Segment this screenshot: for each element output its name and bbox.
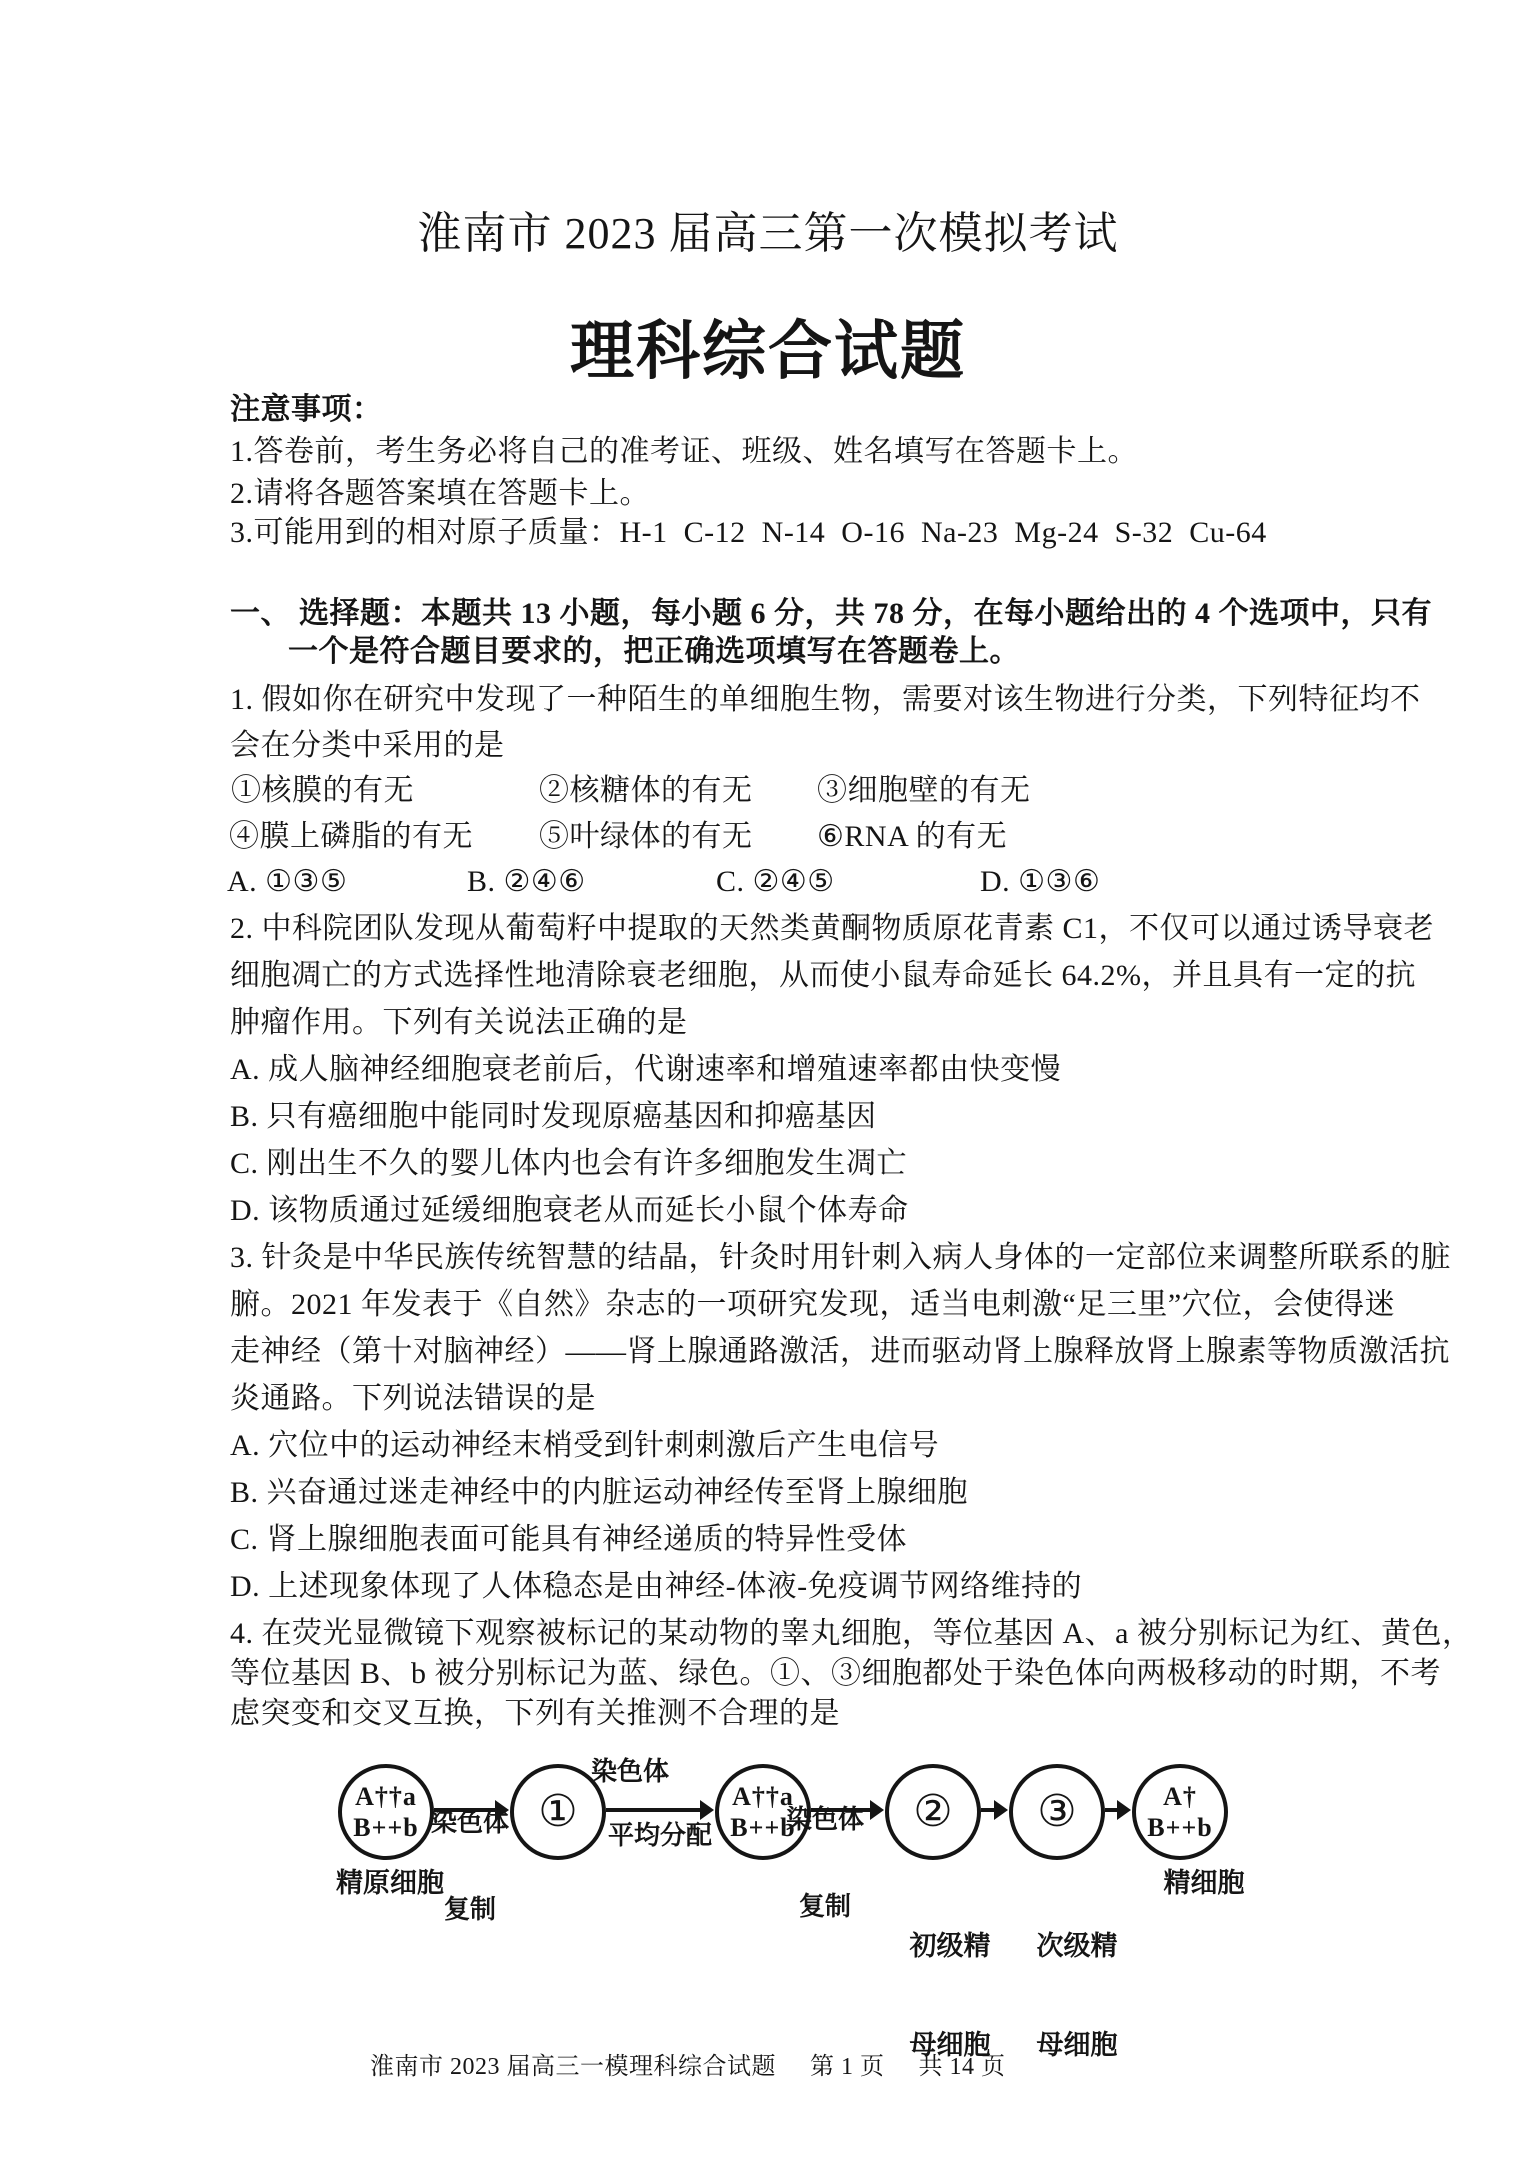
q1-choice-a: A. ①③⑤ [227,863,347,900]
notice-item-2: 2.请将各题答案填在答题卡上。 [230,475,650,512]
section-heading-line-2: 一个是符合题目要求的，把正确选项填写在答题卷上。 [288,633,1020,670]
q3-line-1: 3. 针灸是中华民族传统智慧的结晶，针灸时用针刺入病人身体的一定部位来调整所联系… [230,1239,1451,1276]
diagram-cell-spermatid: A† B++b [1132,1764,1228,1860]
circled-number-1: ① [538,1788,577,1836]
q3-choice-a: A. 穴位中的运动神经末梢受到针刺刺激后产生电信号 [230,1427,939,1464]
q3-line-2: 腑。2021 年发表于《自然》杂志的一项研究发现，适当电刺激“足三里”穴位，会使… [230,1286,1395,1323]
section-heading-line-1: 一、 选择题：本题共 13 小题，每小题 6 分，共 78 分，在每小题给出的 … [230,595,1432,632]
q1-option-3: ③细胞壁的有无 [817,772,1031,809]
q2-line-3: 肿瘤作用。下列有关说法正确的是 [230,1004,688,1041]
arrow3-label-line1: 染色体 [751,1805,899,1834]
q1-choice-c: C. ②④⑤ [716,863,835,900]
diagram-cell-2: ② [885,1764,981,1860]
arrow-right-icon [981,1808,995,1812]
q4-line-1: 4. 在荧光显微镜下观察被标记的某动物的睾丸细胞，等位基因 A、a 被分别标记为… [230,1615,1472,1652]
q2-line-2: 细胞凋亡的方式选择性地清除衰老细胞，从而使小鼠寿命延长 64.2%，并且具有一定… [230,957,1416,994]
notice-item-3: 3.可能用到的相对原子质量：H-1 C-12 N-14 O-16 Na-23 M… [230,514,1267,551]
diagram-cell-3: ③ [1009,1764,1105,1860]
footer-page-total: 共 14 页 [919,2054,1006,2080]
q1-option-5: ⑤叶绿体的有无 [539,818,753,855]
arrow2-label-above: 染色体 [550,1757,710,1786]
q1-option-2: ②核糖体的有无 [539,772,753,809]
q3-choice-c: C. 肾上腺细胞表面可能具有神经递质的特异性受体 [230,1521,907,1558]
q1-choice-d: D. ①③⑥ [980,863,1100,900]
q1-option-1: ①核膜的有无 [231,772,414,809]
q2-choice-a: A. 成人脑神经细胞衰老前后，代谢速率和增殖速率都由快变慢 [230,1051,1061,1088]
q1-line-2: 会在分类中采用的是 [230,727,505,764]
q3-choice-b: B. 兴奋通过迷走神经中的内脏运动神经传至肾上腺细胞 [230,1474,968,1511]
q1-choice-b: B. ②④⑥ [467,863,586,900]
label-secondary-line2: 母细胞 [993,2029,1161,2062]
q3-line-3: 走神经（第十对脑神经）——肾上腺通路激活，进而驱动肾上腺释放肾上腺素等物质激活抗 [230,1333,1450,1370]
gene-pair-bottom: B++b [1147,1812,1212,1843]
q1-option-4: ④膜上磷脂的有无 [229,818,473,855]
q1-option-6: ⑥RNA 的有无 [817,818,1007,855]
exam-paper-page: 淮南市 2023 届高三第一次模拟考试 理科综合试题 注意事项： 1.答卷前，考… [0,0,1536,2167]
q2-choice-b: B. 只有癌细胞中能同时发现原癌基因和抑癌基因 [230,1098,877,1135]
q2-choice-c: C. 刚出生不久的婴儿体内也会有许多细胞发生凋亡 [230,1145,907,1182]
label-secondary-line1: 次级精 [993,1930,1161,1963]
circled-number-3: ③ [1037,1788,1076,1836]
q4-line-3: 虑突变和交叉互换，下列有关推测不合理的是 [230,1695,840,1732]
notice-heading: 注意事项： [230,391,383,428]
footer-doc-title: 淮南市 2023 届高三一模理科综合试题 [370,2054,776,2080]
q4-line-2: 等位基因 B、b 被分别标记为蓝、绿色。①、③细胞都处于染色体向两极移动的时期，… [230,1655,1441,1692]
q2-choice-d: D. 该物质通过延缓细胞衰老从而延长小鼠个体寿命 [230,1192,909,1229]
q3-choice-d: D. 上述现象体现了人体稳态是由神经-体液-免疫调节网络维持的 [230,1568,1082,1605]
label-spermatid: 精细胞 [1120,1867,1288,1900]
paper-title: 淮南市 2023 届高三第一次模拟考试 [0,206,1536,262]
notice-item-1: 1.答卷前，考生务必将自己的准考证、班级、姓名填写在答题卡上。 [230,433,1138,470]
footer-page-number: 第 1 页 [810,2054,885,2080]
q2-line-1: 2. 中科院团队发现从葡萄籽中提取的天然类黄酮物质原花青素 C1，不仅可以通过诱… [230,910,1434,947]
label-secondary-spermatocyte: 次级精 母细胞 [993,1864,1161,2128]
arrow-right-icon [1105,1808,1118,1812]
arrow-right-icon [606,1808,701,1812]
label-spermatogonium: 精原细胞 [306,1867,474,1900]
q1-line-1: 1. 假如你在研究中发现了一种陌生的单细胞生物，需要对该生物进行分类，下列特征均… [230,681,1421,718]
gene-pair-top: A† [1163,1781,1197,1812]
q3-line-4: 炎通路。下列说法错误的是 [230,1380,596,1417]
circled-number-2: ② [913,1788,952,1836]
page-footer: 淮南市 2023 届高三一模理科综合试题第 1 页共 14 页 [344,2022,1006,2112]
paper-subtitle: 理科综合试题 [0,312,1536,390]
